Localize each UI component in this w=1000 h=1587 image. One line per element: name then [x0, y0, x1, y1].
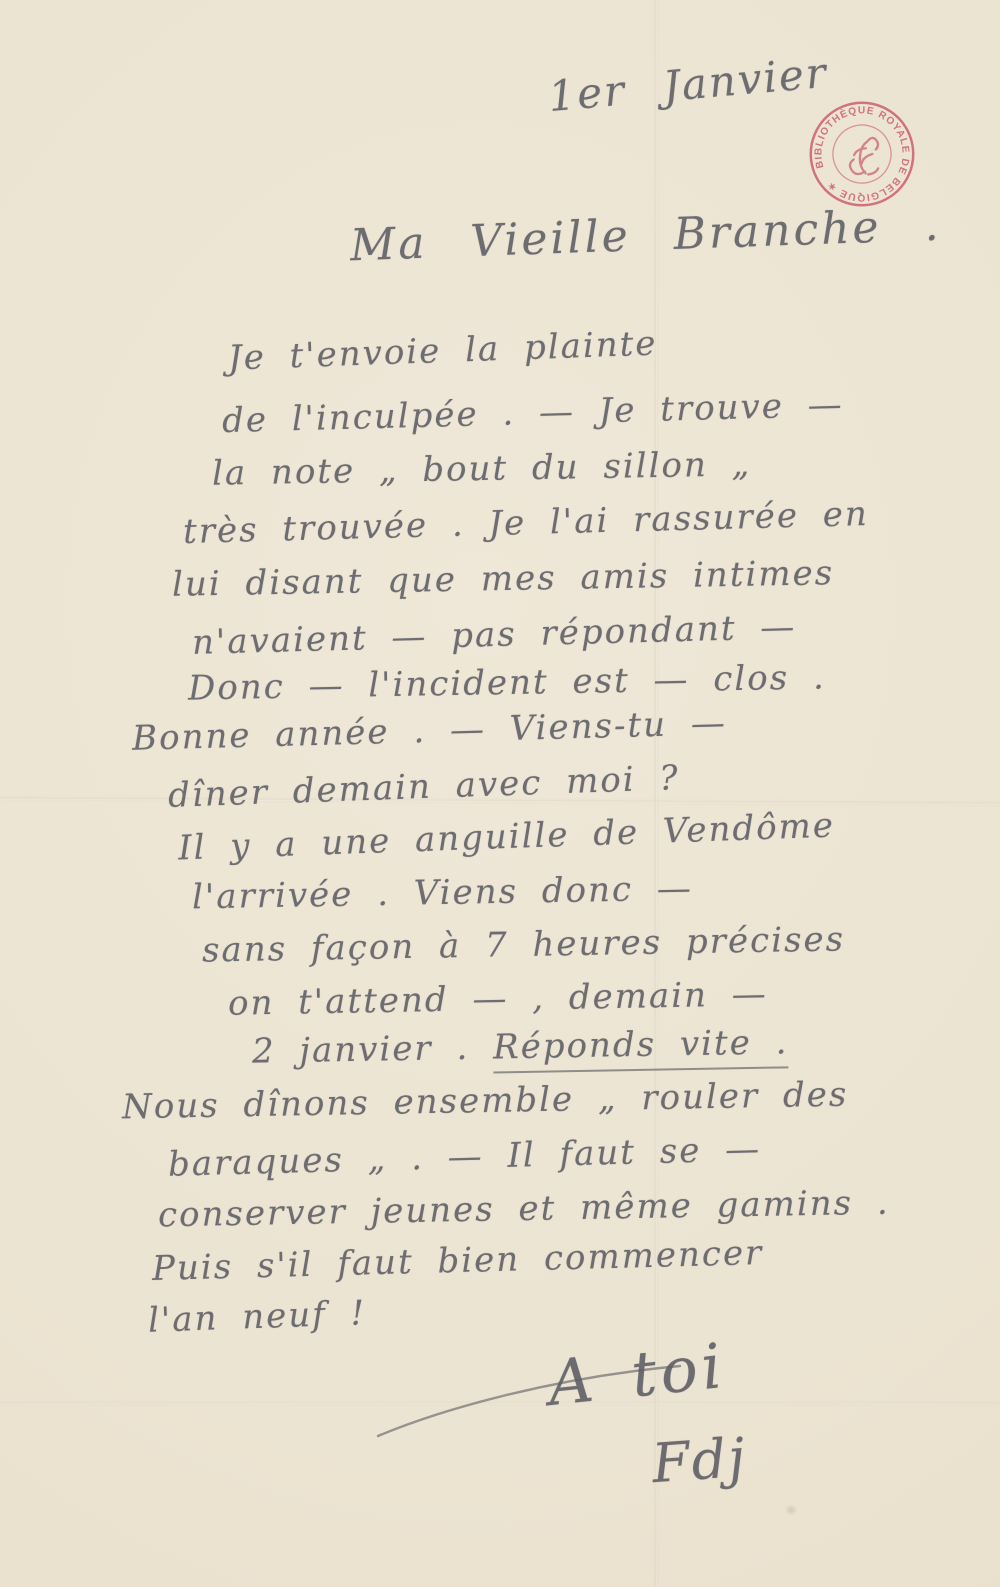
letter-line: Donc — l'incident est — clos . [188, 660, 826, 705]
stain-spot [782, 1502, 800, 1518]
letter-line: la note „ bout du sillon „ [212, 447, 752, 490]
letter-line: dîner demain avec moi ? [168, 761, 681, 813]
letter-line: l'arrivée . Viens donc — [192, 872, 693, 915]
signature-initials: Fdj [650, 1431, 748, 1491]
letter-line: conserver jeunes et même gamins . [158, 1186, 890, 1233]
letter-line: de l'inculpée . — Je trouve — [222, 388, 844, 438]
letter-line: lui disant que mes amis intimes [172, 556, 835, 602]
letter-line: Nous dînons ensemble „ rouler des [122, 1078, 849, 1125]
letter-line: Je t'envoie la plainte [228, 327, 658, 376]
signature-flourish: A toi [545, 1335, 728, 1415]
letter-line: on t'attend — , demain — [228, 977, 768, 1020]
underlined-phrase: Réponds vite . [493, 1022, 789, 1073]
letter-paper: 1er Janvier BIBLIOTHÈQUE ROYALE DE BELGI… [0, 0, 1000, 1587]
lion-icon [843, 137, 888, 181]
letter-line: l'an neuf ! [147, 1296, 366, 1338]
svg-text:BIBLIOTHÈQUE ROYALE DE BELGIQU: BIBLIOTHÈQUE ROYALE DE BELGIQUE ✶ [798, 89, 926, 218]
letter-line: baraques „ . — Il faut se — [168, 1132, 762, 1182]
letter-line: sans façon à 7 heures précises [202, 922, 846, 967]
letter-line: Puis s'il faut bien commencer [152, 1236, 764, 1286]
stamp-inner-ring [824, 116, 900, 192]
letter-date: 1er Janvier [547, 52, 830, 118]
letter-salutation: Ma Vieille Branche . [349, 204, 942, 269]
letter-line: n'avaient — pas répondant — [192, 610, 797, 660]
letter-line: Bonne année . — Viens-tu — [132, 706, 728, 756]
letter-line: 2 janvier . Réponds vite . [252, 1025, 789, 1068]
letter-line-text: 2 janvier . [252, 1028, 470, 1072]
letter-line: Il y a une anguille de Vendôme [178, 809, 836, 866]
stamp-ring-text: BIBLIOTHÈQUE ROYALE DE BELGIQUE ✶ [798, 89, 926, 218]
letter-line: très trouvée . Je l'ai rassurée en [183, 497, 869, 549]
